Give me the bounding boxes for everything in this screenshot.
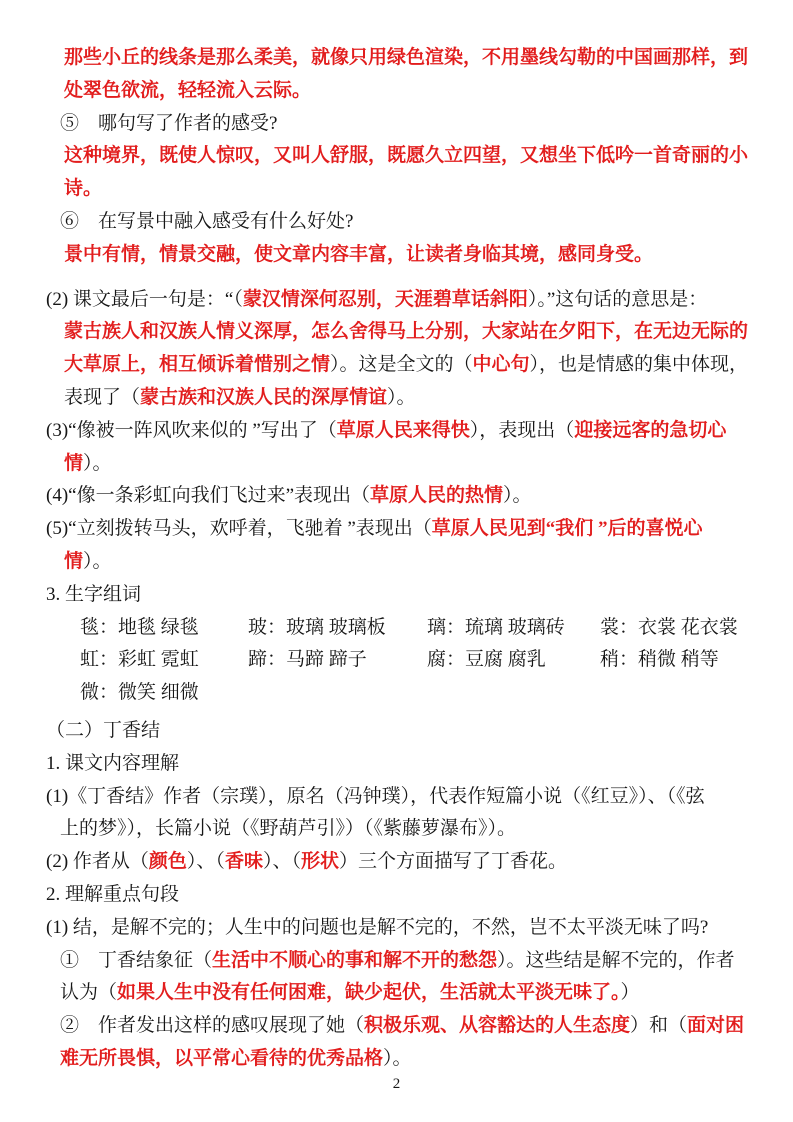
word-group-row: 微：微笑 细微 (46, 677, 762, 710)
page-number: 2 (0, 1076, 793, 1093)
answer-text: 大草原上，相互倾诉着惜别之情 (64, 354, 330, 375)
text-line: (2) 课文最后一句是：“（蒙汉情深何忍别，天涯碧草话斜阳）。”这句话的意思是： (46, 284, 762, 317)
text-line: （二）丁香结 (46, 715, 762, 748)
answer-text: 处翠色欲流，轻轻流入云际。 (64, 80, 311, 101)
body-text: 1. 课文内容理解 (46, 753, 179, 774)
document-body: 那些小丘的线条是那么柔美，就像只用绿色渲染，不用墨线勾勒的中国画那样，到处翠色欲… (46, 42, 762, 1076)
answer-text: 面对困 (687, 1015, 744, 1036)
body-text: ）。 (83, 453, 112, 474)
answer-text: 生活中不顺心的事和解不开的愁怨 (212, 950, 497, 971)
text-line: 2. 理解重点句段 (46, 879, 762, 912)
word-group: 微：微笑 细微 (80, 677, 199, 710)
text-line: (3)“像被一阵风吹来似的 ”写出了（草原人民来得快），表现出（迎接远客的急切心 (46, 415, 762, 448)
word-group: 虹：彩虹 霓虹 (80, 644, 199, 677)
text-line: 1. 课文内容理解 (46, 748, 762, 781)
word-group-row: 毯：地毯 绿毯玻：玻璃 玻璃板璃：琉璃 玻璃砖裳：衣裳 花衣裳 (46, 612, 762, 645)
answer-text: 草原人民来得快 (337, 420, 470, 441)
answer-text: 中心句 (473, 354, 530, 375)
text-line: ⑤ 哪句写了作者的感受? (46, 108, 762, 141)
answer-text: 景中有情，情景交融，使文章内容丰富，让读者身临其境，感同身受。 (64, 244, 653, 265)
answer-text: 诗。 (64, 178, 102, 199)
text-line: 上的梦》），长篇小说（《野葫芦引》）（《紫藤萝瀑布》）。 (46, 813, 762, 846)
answer-text: 如果人生中没有任何困难，缺少起伏，生活就太平淡无味了。 (117, 982, 621, 1003)
word-group: 毯：地毯 绿毯 (80, 612, 199, 645)
answer-text: 情 (64, 453, 83, 474)
word-group: 玻：玻璃 玻璃板 (248, 612, 386, 645)
text-line: 处翠色欲流，轻轻流入云际。 (46, 75, 762, 108)
document-page: 那些小丘的线条是那么柔美，就像只用绿色渲染，不用墨线勾勒的中国画那样，到处翠色欲… (0, 0, 793, 1122)
body-text: ）。这些结是解不完的，作者 (497, 950, 735, 971)
answer-text: 蒙古族人和汉族人情义深厚，怎么舍得马上分别，大家站在夕阳下，在无边无际的 (64, 321, 748, 342)
body-text: ）、（ (187, 851, 225, 872)
body-text: 认为（ (60, 982, 117, 1003)
word-group-row: 虹：彩虹 霓虹蹄：马蹄 蹄子腐：豆腐 腐乳稍：稍微 稍等 (46, 644, 762, 677)
text-line: 大草原上，相互倾诉着惜别之情）。这是全文的（中心句），也是情感的集中体现， (46, 349, 762, 382)
body-text: (2) 课文最后一句是：“（ (46, 289, 243, 310)
text-line: ⑥ 在写景中融入感受有什么好处? (46, 206, 762, 239)
body-text: 2. 理解重点句段 (46, 884, 179, 905)
text-line: 情）。 (46, 546, 762, 579)
body-text: ）。这是全文的（ (330, 354, 473, 375)
body-text: ）和（ (630, 1015, 687, 1036)
text-line: ② 作者发出这样的感叹展现了她（积极乐观、从容豁达的人生态度）和（面对困 (46, 1010, 762, 1043)
word-group: 蹄：马蹄 蹄子 (248, 644, 367, 677)
text-line: (1)《丁香结》作者（宗璞），原名（冯钟璞），代表作短篇小说（《红豆》）、（《弦 (46, 781, 762, 814)
word-group: 璃：琉璃 玻璃砖 (427, 612, 565, 645)
body-text: ⑥ 在写景中融入感受有什么好处? (60, 211, 353, 232)
answer-text: 积极乐观、从容豁达的人生态度 (364, 1015, 630, 1036)
answer-text: 难无所畏惧，以平常心看待的优秀品格 (60, 1048, 383, 1069)
answer-text: 情 (64, 551, 83, 572)
body-text: ① 丁香结象征（ (60, 950, 212, 971)
body-text: ⑤ 哪句写了作者的感受? (60, 113, 277, 134)
text-line: 认为（如果人生中没有任何困难，缺少起伏，生活就太平淡无味了。） (46, 977, 762, 1010)
answer-text: 草原人民见到“我们 ”后的喜悦心 (432, 518, 703, 539)
text-line: (1) 结，是解不完的；人生中的问题也是解不完的，不然，岂不太平淡无味了吗? (46, 912, 762, 945)
answer-text: 那些小丘的线条是那么柔美，就像只用绿色渲染，不用墨线勾勒的中国画那样，到 (64, 47, 748, 68)
body-text: ）。 (503, 485, 532, 506)
text-line: ① 丁香结象征（生活中不顺心的事和解不开的愁怨）。这些结是解不完的，作者 (46, 945, 762, 978)
body-text: (5)“立刻拨转马头，欢呼着，飞驰着 ”表现出（ (46, 518, 432, 539)
text-line: (5)“立刻拨转马头，欢呼着，飞驰着 ”表现出（草原人民见到“我们 ”后的喜悦心 (46, 513, 762, 546)
body-text: ）三个方面描写了丁香花。 (339, 851, 567, 872)
body-text: ）、（ (263, 851, 301, 872)
body-text: ），表现出（ (470, 420, 575, 441)
answer-text: 蒙汉情深何忍别，天涯碧草话斜阳 (243, 289, 528, 310)
body-text: 表现了（ (64, 387, 140, 408)
word-group: 裳：衣裳 花衣裳 (600, 612, 738, 645)
body-text: ）。”这句话的意思是： (528, 289, 707, 310)
text-line: 3. 生字组词 (46, 579, 762, 612)
text-line: 诗。 (46, 173, 762, 206)
body-text: ）。 (383, 1048, 412, 1069)
body-text: 上的梦》），长篇小说（《野葫芦引》）（《紫藤萝瀑布》）。 (60, 818, 516, 839)
body-text: (1)《丁香结》作者（宗璞），原名（冯钟璞），代表作短篇小说（《红豆》）、（《弦 (46, 786, 705, 807)
answer-text: 迎接远客的急切心 (574, 420, 726, 441)
text-line: 景中有情，情景交融，使文章内容丰富，让读者身临其境，感同身受。 (46, 239, 762, 272)
body-text: 3. 生字组词 (46, 584, 141, 605)
word-group: 稍：稍微 稍等 (600, 644, 719, 677)
word-group: 腐：豆腐 腐乳 (427, 644, 546, 677)
body-text: (2) 作者从（ (46, 851, 149, 872)
answer-text: 草原人民的热情 (370, 485, 503, 506)
text-line: (4)“像一条彩虹向我们飞过来”表现出（草原人民的热情）。 (46, 480, 762, 513)
body-text: ② 作者发出这样的感叹展现了她（ (60, 1015, 364, 1036)
answer-text: 蒙古族和汉族人民的深厚情谊 (140, 387, 387, 408)
text-line: 难无所畏惧，以平常心看待的优秀品格）。 (46, 1043, 762, 1076)
text-line: 表现了（蒙古族和汉族人民的深厚情谊）。 (46, 382, 762, 415)
text-line: 那些小丘的线条是那么柔美，就像只用绿色渲染，不用墨线勾勒的中国画那样，到 (46, 42, 762, 75)
text-line: 蒙古族人和汉族人情义深厚，怎么舍得马上分别，大家站在夕阳下，在无边无际的 (46, 316, 762, 349)
text-line: 这种境界，既使人惊叹，又叫人舒服，既愿久立四望，又想坐下低吟一首奇丽的小 (46, 140, 762, 173)
answer-text: 形状 (301, 851, 339, 872)
text-line: 情）。 (46, 448, 762, 481)
body-text: ）。 (83, 551, 112, 572)
answer-text: 香味 (225, 851, 263, 872)
body-text: ） (621, 982, 640, 1003)
text-line: (2) 作者从（颜色）、（香味）、（形状）三个方面描写了丁香花。 (46, 846, 762, 879)
body-text: (3)“像被一阵风吹来似的 ”写出了（ (46, 420, 337, 441)
body-text: ），也是情感的集中体现， (530, 354, 749, 375)
body-text: (4)“像一条彩虹向我们飞过来”表现出（ (46, 485, 370, 506)
body-text: ）。 (387, 387, 416, 408)
body-text: （二）丁香结 (46, 720, 160, 741)
answer-text: 颜色 (149, 851, 187, 872)
answer-text: 这种境界，既使人惊叹，又叫人舒服，既愿久立四望，又想坐下低吟一首奇丽的小 (64, 145, 748, 166)
body-text: (1) 结，是解不完的；人生中的问题也是解不完的，不然，岂不太平淡无味了吗? (46, 917, 708, 938)
